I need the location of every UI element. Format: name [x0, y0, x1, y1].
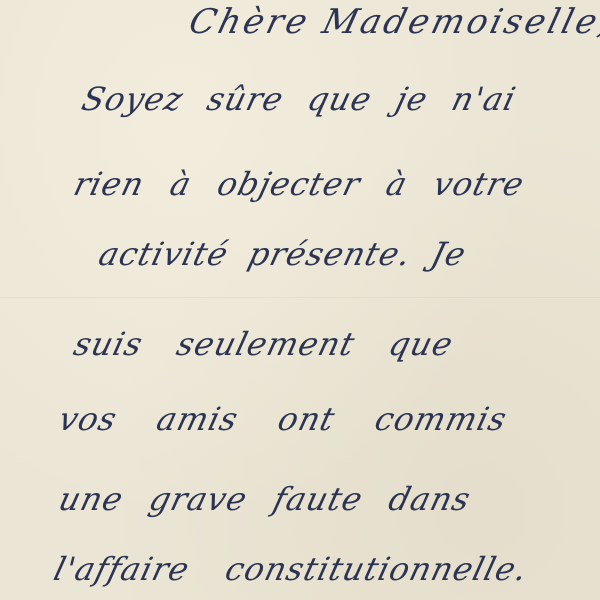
letter-line-7: l'affaire constitutionnelle.: [50, 550, 532, 588]
letter-line-5: vos amis ont commis: [55, 400, 511, 438]
letter-line-3: activité présente. Je: [95, 235, 470, 273]
paper-fold-line: [0, 297, 600, 299]
letter-line-1: Soyez sûre que je n'ai: [78, 80, 520, 118]
letter-salutation: Chère Mademoiselle,: [185, 2, 600, 42]
letter-line-2: rien à objecter à votre: [70, 165, 528, 203]
letter-page: Chère Mademoiselle, Soyez sûre que je n'…: [0, 0, 600, 600]
letter-line-4: suis seulement que: [70, 325, 457, 363]
letter-line-6: une grave faute dans: [55, 480, 475, 518]
